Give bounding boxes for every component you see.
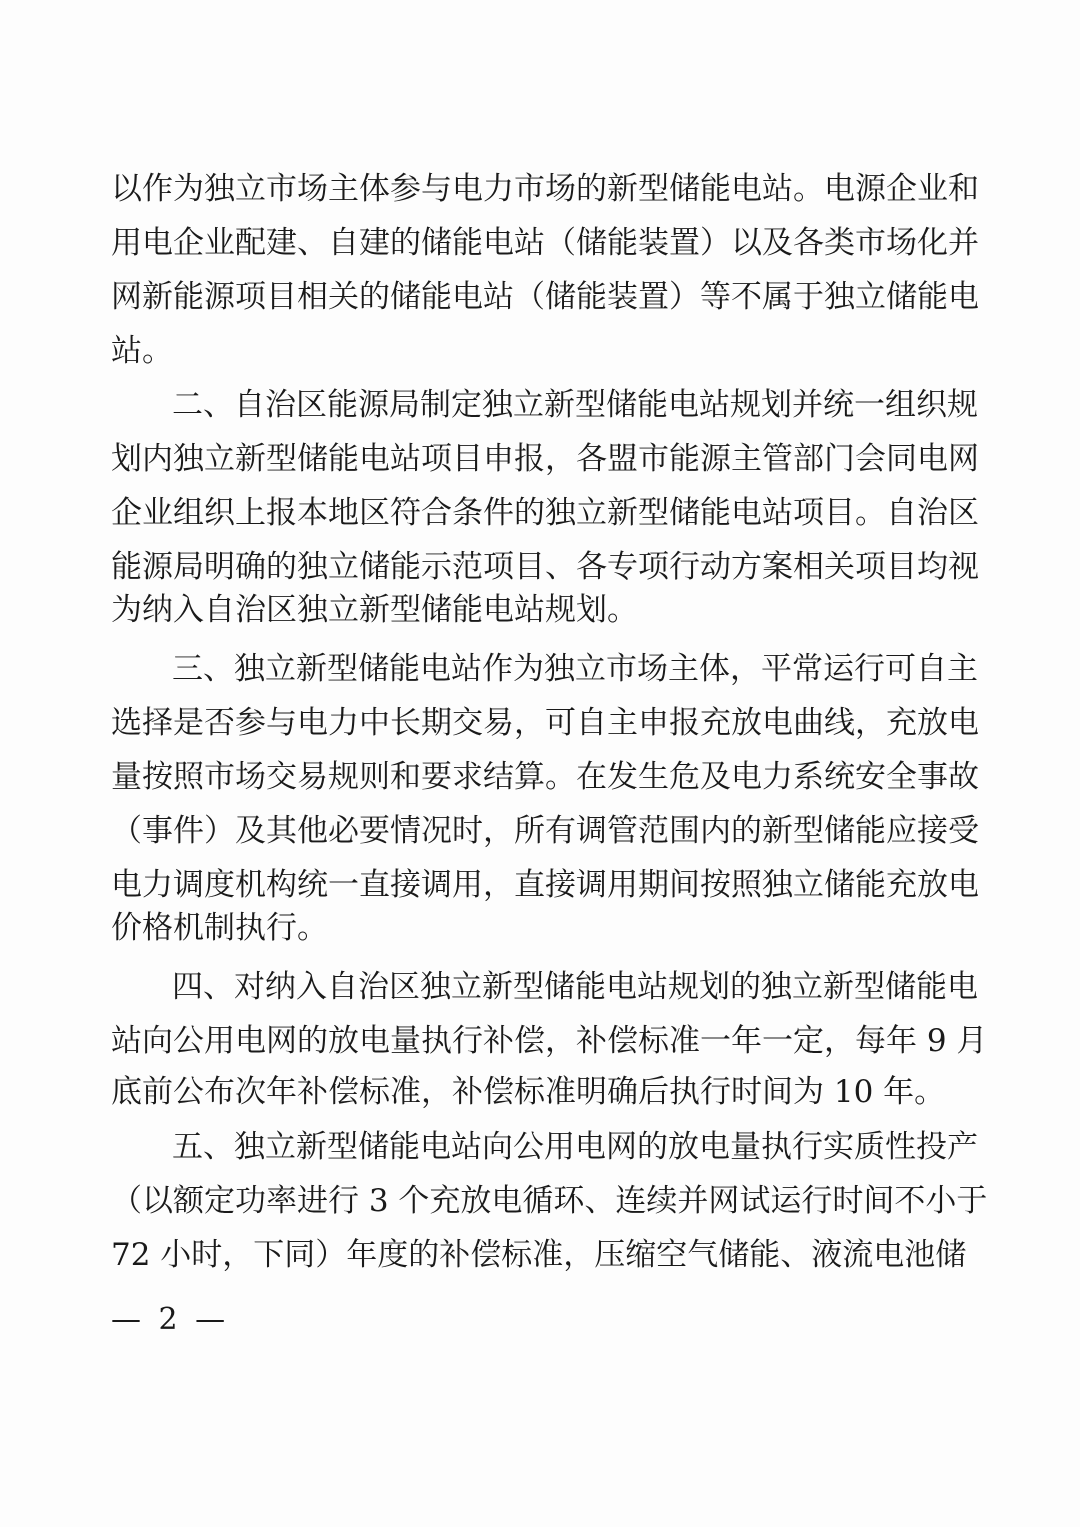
- paragraph-line: 为纳入自治区独立新型储能电站规划。: [111, 588, 913, 632]
- paragraph-line: 用电企业配建、自建的储能电站（储能装置）以及各类市场化并: [111, 221, 913, 265]
- paragraph-line: （以额定功率进行 3 个充放电循环、连续并网试运行时间不小于: [111, 1179, 913, 1223]
- paragraph-line: 站向公用电网的放电量执行补偿，补偿标准一年一定，每年 9 月: [111, 1019, 913, 1063]
- section-2-first-line: 二、自治区能源局制定独立新型储能电站规划并统一组织规: [172, 383, 913, 427]
- paragraph-line: 网新能源项目相关的储能电站（储能装置）等不属于独立储能电: [111, 275, 913, 319]
- paragraph-line: 价格机制执行。: [111, 906, 913, 950]
- paragraph-line: 以作为独立市场主体参与电力市场的新型储能电站。电源企业和: [111, 167, 913, 211]
- section-5-first-line: 五、独立新型储能电站向公用电网的放电量执行实质性投产: [172, 1125, 913, 1169]
- paragraph-line: 72 小时，下同）年度的补偿标准，压缩空气储能、液流电池储: [111, 1233, 913, 1277]
- paragraph-line: 站。: [111, 329, 913, 373]
- page-number: — 2 —: [111, 1300, 229, 1340]
- paragraph-line: 企业组织上报本地区符合条件的独立新型储能电站项目。自治区: [111, 491, 913, 535]
- paragraph-line: （事件）及其他必要情况时，所有调管范围内的新型储能应接受: [111, 809, 913, 853]
- section-3-first-line: 三、独立新型储能电站作为独立市场主体，平常运行可自主: [172, 647, 913, 691]
- section-4-first-line: 四、对纳入自治区独立新型储能电站规划的独立新型储能电: [172, 965, 913, 1009]
- paragraph-line: 量按照市场交易规则和要求结算。在发生危及电力系统安全事故: [111, 755, 913, 799]
- paragraph-line: 能源局明确的独立储能示范项目、各专项行动方案相关项目均视: [111, 545, 913, 589]
- paragraph-line: 选择是否参与电力中长期交易，可自主申报充放电曲线，充放电: [111, 701, 913, 745]
- document-page: 以作为独立市场主体参与电力市场的新型储能电站。电源企业和 用电企业配建、自建的储…: [0, 0, 1080, 1527]
- paragraph-line: 电力调度机构统一直接调用，直接调用期间按照独立储能充放电: [111, 863, 913, 907]
- paragraph-line: 底前公布次年补偿标准，补偿标准明确后执行时间为 10 年。: [111, 1070, 913, 1114]
- paragraph-line: 划内独立新型储能电站项目申报，各盟市能源主管部门会同电网: [111, 437, 913, 481]
